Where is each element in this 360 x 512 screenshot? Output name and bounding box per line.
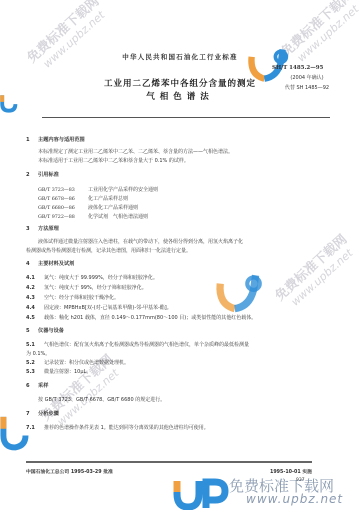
section-4-item: 4.4固定液：MPBHxB[双-(对-己氧基苯甲酸)-邻-甲基苯-酯]。 — [26, 304, 172, 311]
section-6-paragraph: 按 GB/T 3723、GB/T 6678、GB/T 6680 的规定进行。 — [38, 396, 165, 403]
implementation-date: 1995-10-01 实施 — [270, 468, 312, 475]
section-6-heading: 6采样 — [26, 382, 48, 389]
reference-item: GB/T 3723—83工业用化学产品采样的安全通则 — [38, 186, 158, 193]
section-1-heading: 1主题内容与适用范围 — [26, 136, 85, 143]
section-2-heading: 2引用标准 — [26, 171, 59, 178]
brand-url: www.upbz.net — [246, 492, 343, 506]
section-5-item: 5.2记录装置：积分仪或色谱数据处理机。 — [26, 359, 129, 366]
section-3-line-2: 检测器或热导检测器进行检测，记录其色谱图，用面积归一化法进行定量。 — [26, 247, 191, 254]
section-4-item: 4.5载体：釉化 h201 载体，直径 0.149～0.177mm(80～100… — [26, 314, 256, 321]
section-7-heading: 7分析步骤 — [26, 410, 59, 417]
footer-divider — [26, 461, 312, 463]
section-4-item: 4.3空气：经分子筛和硅胶干燥净化。 — [26, 294, 119, 301]
replaces-note: 代替 SH 1485—92 — [272, 83, 342, 93]
reconfirmed-note: (2004 年确认) — [272, 73, 342, 83]
section-1-paragraph-2: 本标准适用于工业用二乙烯苯中二乙苯和萘含量大于 0.1% 的试样。 — [38, 157, 189, 164]
standard-code: SH/T 1485.2—95 — [272, 63, 342, 73]
section-5-heading: 5仪器与设备 — [26, 327, 64, 334]
section-4-item: 4.2氢气：纯度大于 99%，经分子筛和硅胶净化。 — [26, 284, 147, 291]
reference-item: GB/T 6680—86液体化工产品采样通则 — [38, 204, 138, 211]
header-divider — [42, 117, 330, 118]
issuing-organization: 中华人民共和国石油化工行业标准 — [0, 52, 360, 61]
section-1-paragraph-1: 本标准规定了测定工业用二乙烯苯中二乙苯、二乙烯苯、萘含量的方法——气相色谱法。 — [38, 148, 233, 155]
section-3-heading: 3方法原理 — [26, 225, 59, 232]
section-5-item-continued: 为 0.1%。 — [26, 350, 50, 357]
section-4-heading: 4主要材料及试剂 — [26, 260, 74, 267]
standard-number-block: SH/T 1485.2—95 (2004 年确认) 代替 SH 1485—92 — [272, 63, 342, 93]
section-4-item: 4.1氮气：纯度大于 99.999%，经分子筛和硅胶净化。 — [26, 274, 158, 281]
reference-item: GB/T 9722—88化学试剂 气相色谱法通则 — [38, 213, 148, 220]
up-logo-icon — [173, 478, 229, 510]
section-7-item: 7.1推荐的色谱操作条件见表 1。能达到同等分离效果的其他色谱柱均可使用。 — [26, 424, 209, 431]
watermark-text-mid-right: 免费标准下载网 www.upbz.net — [270, 229, 359, 314]
reference-item: GB/T 6678—86化工产品采样总则 — [38, 195, 128, 202]
watermark-text-top-left: 免费标准下载网 www.upbz.net — [22, 0, 111, 76]
approval-date: 中国石油化工总公司 1995-03-29 批准 — [26, 468, 113, 475]
section-3-line-1: 液体试样通过微量注射器注入色谱柱，在载气的带动下，使各组分得到分离，用氢火焰离子… — [38, 238, 243, 245]
section-5-item: 5.1气相色谱仪：配有氢火焰离子化检测器或热导检测器的气相色谱仪，单个杂质峰的最… — [26, 341, 249, 348]
section-5-item: 5.3微量注射器：10μL。 — [26, 368, 91, 375]
up-logo-icon — [214, 268, 266, 318]
